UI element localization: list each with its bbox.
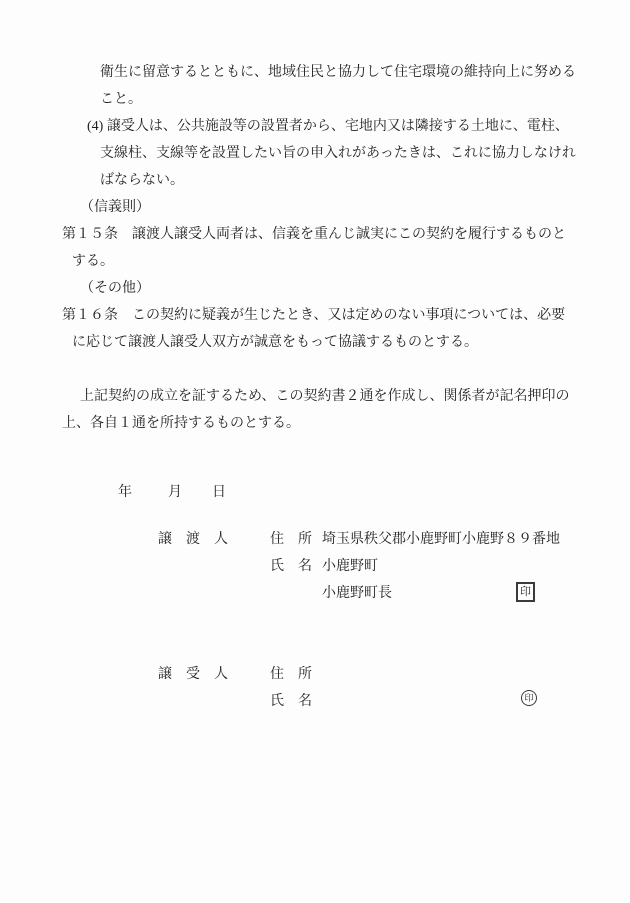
doc-line: こと。 xyxy=(100,90,142,109)
article-16-text: 第１６条 この契約に疑義が生じたとき、又は定めのない事項については、必要 xyxy=(62,306,565,325)
doc-line: 衛生に留意するとともに、地域住民と協力して住宅環境の維持向上に努める xyxy=(100,63,576,82)
transferor-name-value: 小鹿野町 xyxy=(322,557,378,576)
transferor-name-label: 氏 名 xyxy=(270,557,312,576)
transferee-name-label: 氏 名 xyxy=(270,692,312,711)
article-16-heading: （その他） xyxy=(80,279,150,298)
transferor-seal-square-icon: 印 xyxy=(516,582,535,602)
article-16-text-wrap: に応じて譲渡人譲受人双方が誠意をもって協議するものとする。 xyxy=(72,333,478,352)
transferee-seal-round-icon: 印 xyxy=(521,690,537,706)
closing-paragraph: 上記契約の成立を証するため、この契約書２通を作成し、関係者が記名押印の xyxy=(80,387,569,406)
transferor-role-label: 譲 渡 人 xyxy=(158,530,228,549)
transferor-signer-title: 小鹿野町長 xyxy=(322,584,392,603)
article-15-heading: （信義則） xyxy=(80,198,150,217)
transferor-address-label: 住 所 xyxy=(270,530,312,549)
date-year-label: 年 xyxy=(118,483,132,502)
date-day-label: 日 xyxy=(212,483,226,502)
date-month-label: 月 xyxy=(168,483,182,502)
article-15-text-wrap: する。 xyxy=(72,252,114,271)
transferor-address-value: 埼玉県秩父郡小鹿野町小鹿野８９番地 xyxy=(322,530,560,549)
contract-document-page: 衛生に留意するとともに、地域住民と協力して住宅環境の維持向上に努める こと。 (… xyxy=(0,0,630,903)
article-15-text: 第１５条 譲渡人譲受人両者は、信義を重んじ誠実にこの契約を履行するものと xyxy=(62,225,566,244)
doc-line-item-4: (4) 譲受人は、公共施設等の設置者から、宅地内又は隣接する土地に、電柱、 xyxy=(87,117,569,136)
closing-paragraph-wrap: 上、各自１通を所持するものとする。 xyxy=(62,414,300,433)
doc-line: ばならない。 xyxy=(100,171,184,190)
doc-line: 支線柱、支線等を設置したい旨の申入れがあったきは、これに協力しなけれ xyxy=(100,144,576,163)
transferee-address-label: 住 所 xyxy=(270,665,312,684)
transferee-role-label: 譲 受 人 xyxy=(158,665,228,684)
